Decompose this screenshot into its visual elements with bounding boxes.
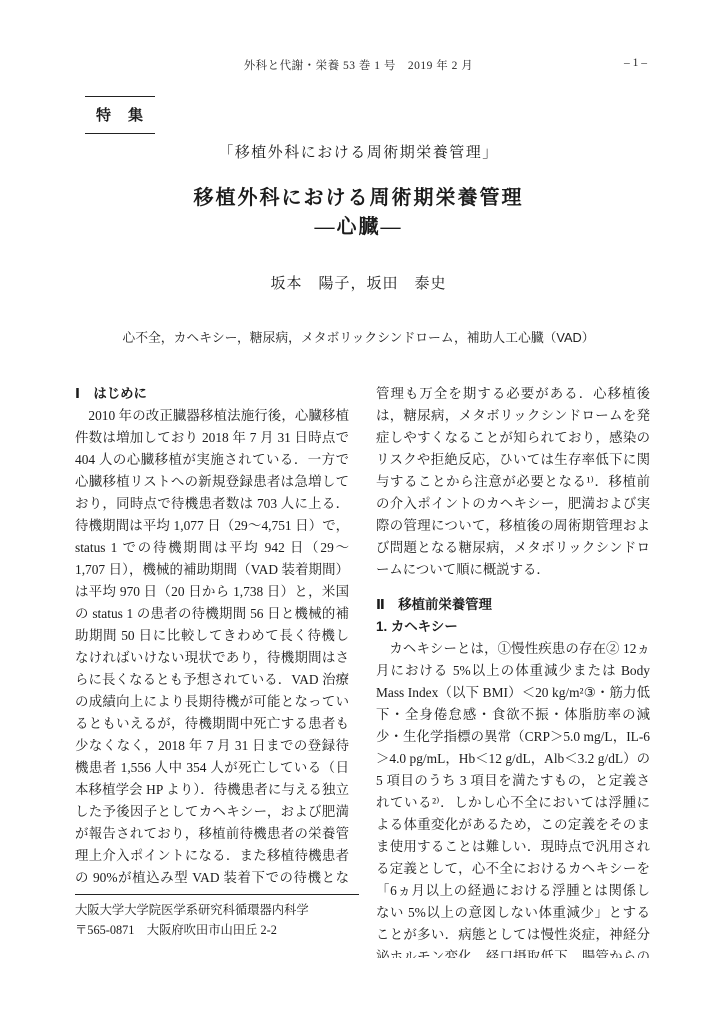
paragraph-cachexia: カヘキシーとは，①慢性疾患の存在② 12ヵ月における 5%以上の体重減少または … xyxy=(376,638,650,958)
section-heading-introduction: Ⅰ はじめに xyxy=(75,383,349,405)
article-title-line1: 移植外科における周術期栄養管理 xyxy=(0,184,717,213)
paragraph-introduction: 2010 年の改正臓器移植法施行後，心臓移植件数は増加しており 2018 年 7… xyxy=(75,405,349,888)
page-number: – 1 – xyxy=(624,57,647,69)
special-issue-title: 「移植外科における周術期栄養管理」 xyxy=(0,141,717,162)
footnote-affiliation: 大阪大学大学院医学系研究科循環器内科学 xyxy=(75,901,359,921)
body-column-right: 管理も万全を期する必要がある．心移植後は，糖尿病，メタボリックシンドロームを発症… xyxy=(376,383,650,958)
subsection-heading-cachexia: 1. カヘキシー xyxy=(376,616,650,638)
footnote: 大阪大学大学院医学系研究科循環器内科学 〒565-0871 大阪府吹田市山田丘 … xyxy=(75,894,359,940)
section-heading-pretransplant-nutrition: Ⅱ 移植前栄養管理 xyxy=(376,594,650,616)
keywords: 心不全，カヘキシー，糖尿病，メタボリックシンドローム，補助人工心臓（VAD） xyxy=(0,327,717,346)
paragraph-introduction-continued: 管理も万全を期する必要がある．心移植後は，糖尿病，メタボリックシンドロームを発症… xyxy=(376,383,650,581)
feature-box: 特 集 xyxy=(85,96,155,134)
article-title-line2: ―心臓― xyxy=(0,213,717,242)
body-column-left: Ⅰ はじめに 2010 年の改正臓器移植法施行後，心臓移植件数は増加しており 2… xyxy=(75,383,349,888)
feature-box-label: 特 集 xyxy=(96,108,144,124)
journal-page: 外科と代謝・栄養 53 巻 1 号 2019 年 2 月 – 1 – 特 集 「… xyxy=(0,0,717,1012)
footnote-address: 〒565-0871 大阪府吹田市山田丘 2-2 xyxy=(75,921,359,941)
authors: 坂本 陽子，坂田 泰史 xyxy=(0,272,717,293)
article-title: 移植外科における周術期栄養管理 ―心臓― xyxy=(0,184,717,242)
running-head: 外科と代謝・栄養 53 巻 1 号 2019 年 2 月 xyxy=(0,57,717,73)
